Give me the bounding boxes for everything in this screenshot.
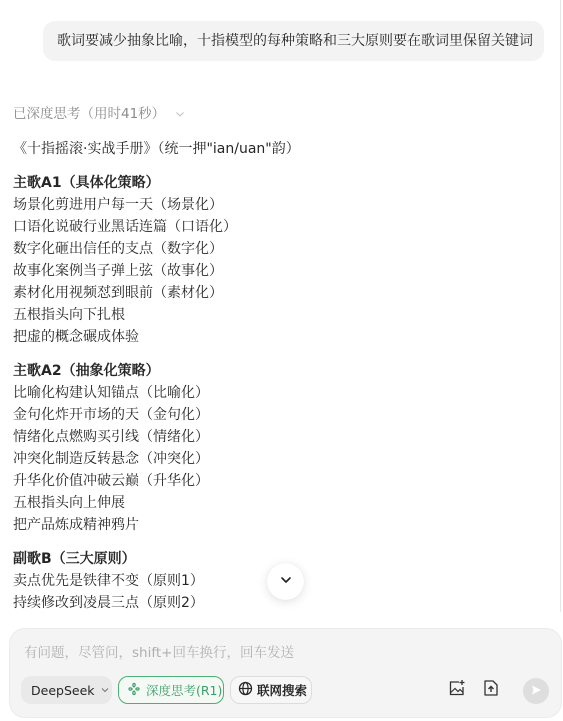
lyric-line: 比喻化构建认知锚点（比喻化） xyxy=(13,382,533,404)
lyric-line: 故事化案例当子弹上弦（故事化） xyxy=(13,260,533,282)
message-composer: DeepSeek 深度思考(R1) 联网搜索 xyxy=(9,628,562,718)
lyric-line: 把产品炼成精神鸦片 xyxy=(13,514,533,536)
section-heading: 主歌A1（具体化策略） xyxy=(13,172,533,194)
lyric-line: 升华化价值冲破云巅（升华化） xyxy=(13,470,533,492)
lyric-line: 冲突化制造反转悬念（冲突化） xyxy=(13,448,533,470)
message-input[interactable] xyxy=(24,643,524,663)
web-search-button[interactable]: 联网搜索 xyxy=(230,676,312,704)
send-arrow-icon xyxy=(529,682,543,701)
lyric-line: 五根指头向下扎根 xyxy=(13,304,533,326)
section-verse-a2: 主歌A2（抽象化策略） 比喻化构建认知锚点（比喻化） 金句化炸开市场的天（金句化… xyxy=(13,360,533,536)
section-heading: 主歌A2（抽象化策略） xyxy=(13,360,533,382)
thinking-toggle[interactable]: 已深度思考（用时41秒） xyxy=(13,102,185,122)
web-search-label: 联网搜索 xyxy=(257,681,307,699)
assistant-answer: 《十指摇滚·实战手册》（统一押"ian/uan"韵） 主歌A1（具体化策略） 场… xyxy=(13,138,533,626)
section-verse-a1: 主歌A1（具体化策略） 场景化剪进用户每一天（场景化） 口语化说破行业黑话连篇（… xyxy=(13,172,533,348)
answer-title: 《十指摇滚·实战手册》（统一押"ian/uan"韵） xyxy=(13,138,533,160)
scroll-to-bottom-button[interactable] xyxy=(267,563,304,600)
image-upload-button[interactable] xyxy=(447,680,467,700)
user-message-bubble: 歌词要减少抽象比喻，十指模型的每种策略和三大原则要在歌词里保留关键词 xyxy=(43,21,544,61)
deep-think-button[interactable]: 深度思考(R1) xyxy=(118,676,224,704)
lyric-line: 口语化说破行业黑话连篇（口语化） xyxy=(13,216,533,238)
globe-icon xyxy=(238,681,257,699)
lyric-line: 把虚的概念碾成体验 xyxy=(13,326,533,348)
send-button[interactable] xyxy=(523,678,549,704)
model-label: DeepSeek xyxy=(31,683,95,698)
chat-app: 歌词要减少抽象比喻，十指模型的每种策略和三大原则要在歌词里保留关键词 已深度思考… xyxy=(0,0,563,721)
lyric-line: 五根指头向上伸展 xyxy=(13,492,533,514)
image-plus-icon xyxy=(448,679,466,701)
deep-think-label: 深度思考(R1) xyxy=(146,681,222,699)
chevron-down-icon xyxy=(175,107,185,117)
lyric-line: 数字化砸出信任的支点（数字化） xyxy=(13,238,533,260)
scrollbar-track[interactable] xyxy=(560,0,561,612)
thinking-label: 已深度思考（用时41秒） xyxy=(13,102,165,122)
model-selector[interactable]: DeepSeek xyxy=(21,676,112,704)
lyric-line: 情绪化点燃购买引线（情绪化） xyxy=(13,426,533,448)
lyric-line: 金句化炸开市场的天（金句化） xyxy=(13,404,533,426)
chevron-down-icon xyxy=(100,683,110,698)
file-upload-icon xyxy=(483,679,499,701)
lyric-line: 素材化用视频怼到眼前（素材化） xyxy=(13,282,533,304)
file-upload-button[interactable] xyxy=(481,680,501,700)
lyric-line: 场景化剪进用户每一天（场景化） xyxy=(13,194,533,216)
deep-think-icon xyxy=(127,682,146,699)
chevron-down-icon xyxy=(279,572,293,591)
